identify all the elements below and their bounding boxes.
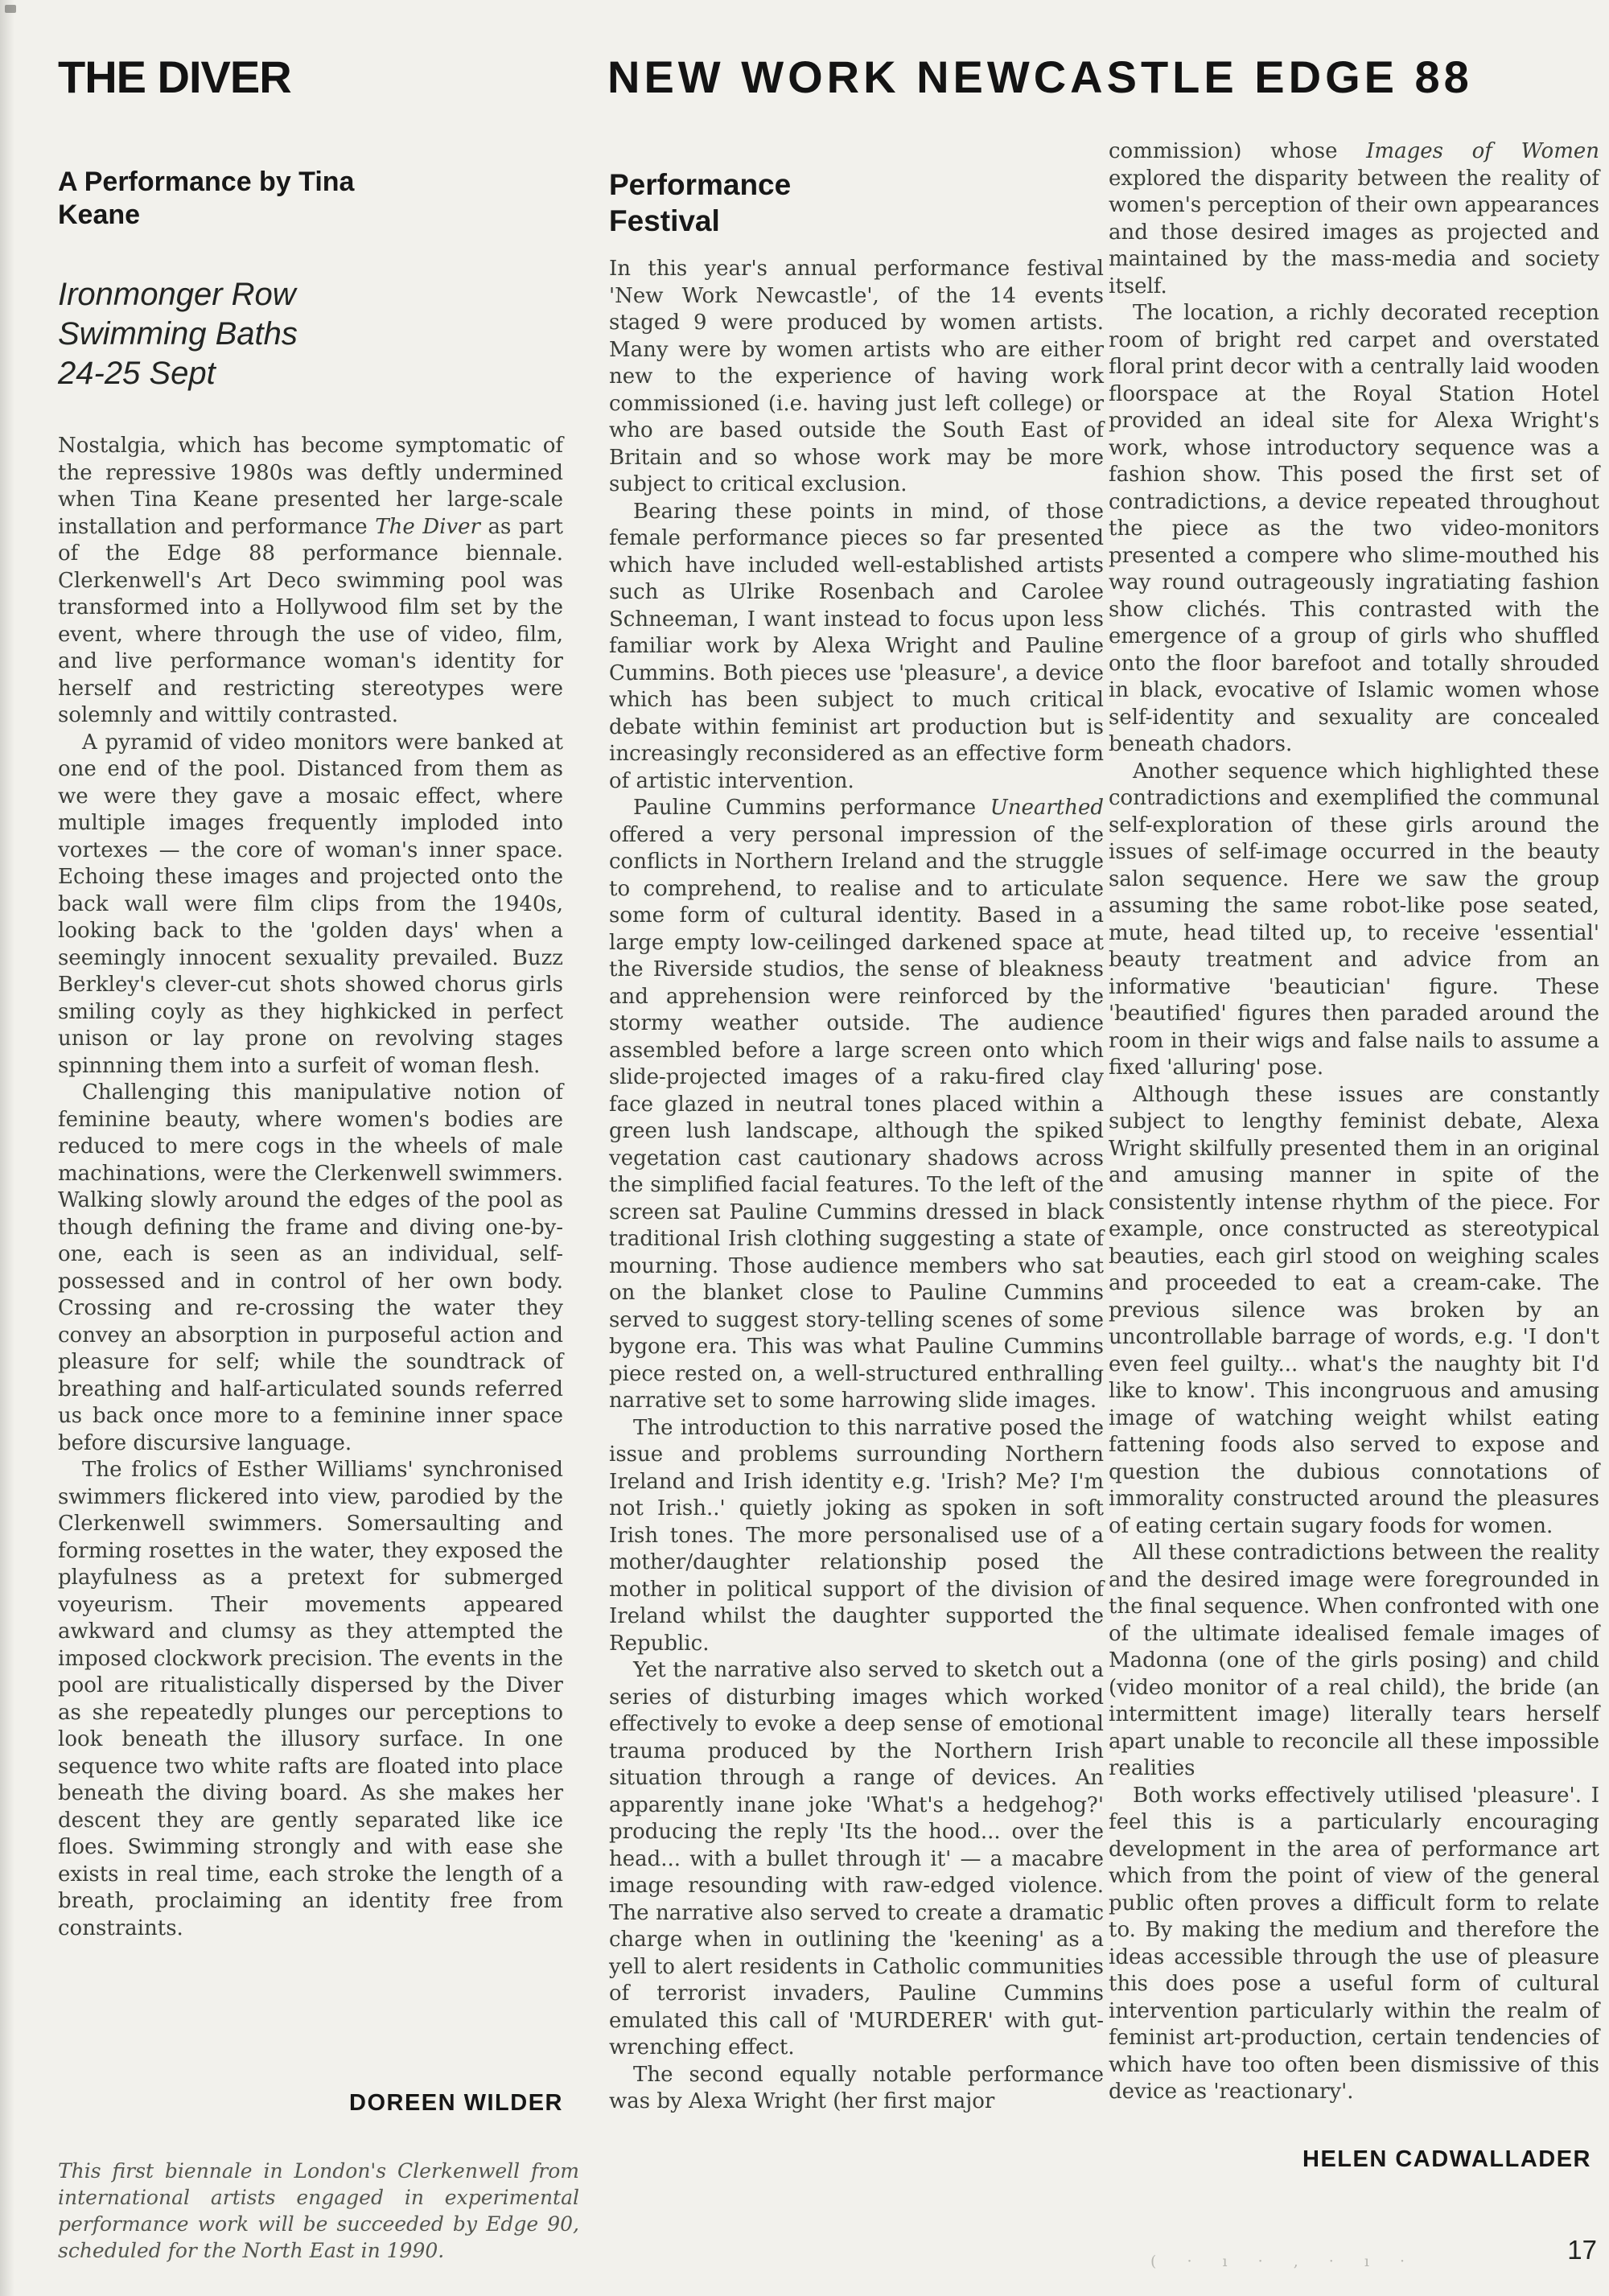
paragraph: In this year's annual performance festiv… bbox=[609, 256, 1104, 499]
scan-artifact-marks: ( · ı · , · ı · bbox=[1150, 2253, 1504, 2270]
paragraph: Both works effectively utilised 'pleasur… bbox=[1109, 1783, 1599, 2106]
left-article-venue: Ironmonger Row Swimming Baths 24-25 Sept bbox=[58, 275, 298, 393]
page-edge-shadow bbox=[0, 0, 14, 2296]
paragraph: Pauline Cummins performance Unearthed of… bbox=[609, 795, 1104, 1415]
paragraph: Another sequence which highlighted these… bbox=[1109, 759, 1599, 1082]
left-article-title: THE DIVER bbox=[58, 53, 291, 101]
paragraph: Nostalgia, which has become symptomatic … bbox=[58, 433, 563, 730]
paragraph: commission) whose Images of Women explor… bbox=[1109, 138, 1599, 300]
paragraph: All these contradictions between the rea… bbox=[1109, 1540, 1599, 1783]
paragraph: Although these issues are constantly sub… bbox=[1109, 1082, 1599, 1541]
left-article-body: Nostalgia, which has become symptomatic … bbox=[58, 433, 563, 1942]
paragraph: The location, a richly decorated recepti… bbox=[1109, 300, 1599, 759]
main-article-column-1: In this year's annual performance festiv… bbox=[609, 256, 1104, 2116]
paragraph: The frolics of Esther Williams' synchron… bbox=[58, 1457, 563, 1942]
magazine-page: THE DIVER A Performance by Tina Keane Ir… bbox=[0, 0, 1609, 2296]
paragraph: A pyramid of video monitors were banked … bbox=[58, 730, 563, 1080]
main-article-title: NEW WORK NEWCASTLE EDGE 88 bbox=[607, 53, 1473, 101]
paragraph: Bearing these points in mind, of those f… bbox=[609, 499, 1104, 796]
left-article-byline: DOREEN WILDER bbox=[58, 2090, 563, 2117]
main-article-subtitle: Performance Festival bbox=[609, 167, 947, 239]
paragraph: The introduction to this narrative posed… bbox=[609, 1415, 1104, 1658]
main-article-byline: HELEN CADWALLADER bbox=[1109, 2146, 1591, 2173]
paragraph: Yet the narrative also served to sketch … bbox=[609, 1657, 1104, 2062]
left-article-footnote: This first biennale in London's Clerkenw… bbox=[58, 2158, 579, 2264]
main-article-column-2: commission) whose Images of Women explor… bbox=[1109, 138, 1599, 2106]
page-number: 17 bbox=[1529, 2235, 1597, 2265]
paragraph: Challenging this manipulative notion of … bbox=[58, 1080, 563, 1457]
scan-corner-mark bbox=[5, 5, 16, 13]
paragraph: The second equally notable performance w… bbox=[609, 2062, 1104, 2116]
left-article-subtitle: A Performance by Tina Keane bbox=[58, 166, 476, 232]
